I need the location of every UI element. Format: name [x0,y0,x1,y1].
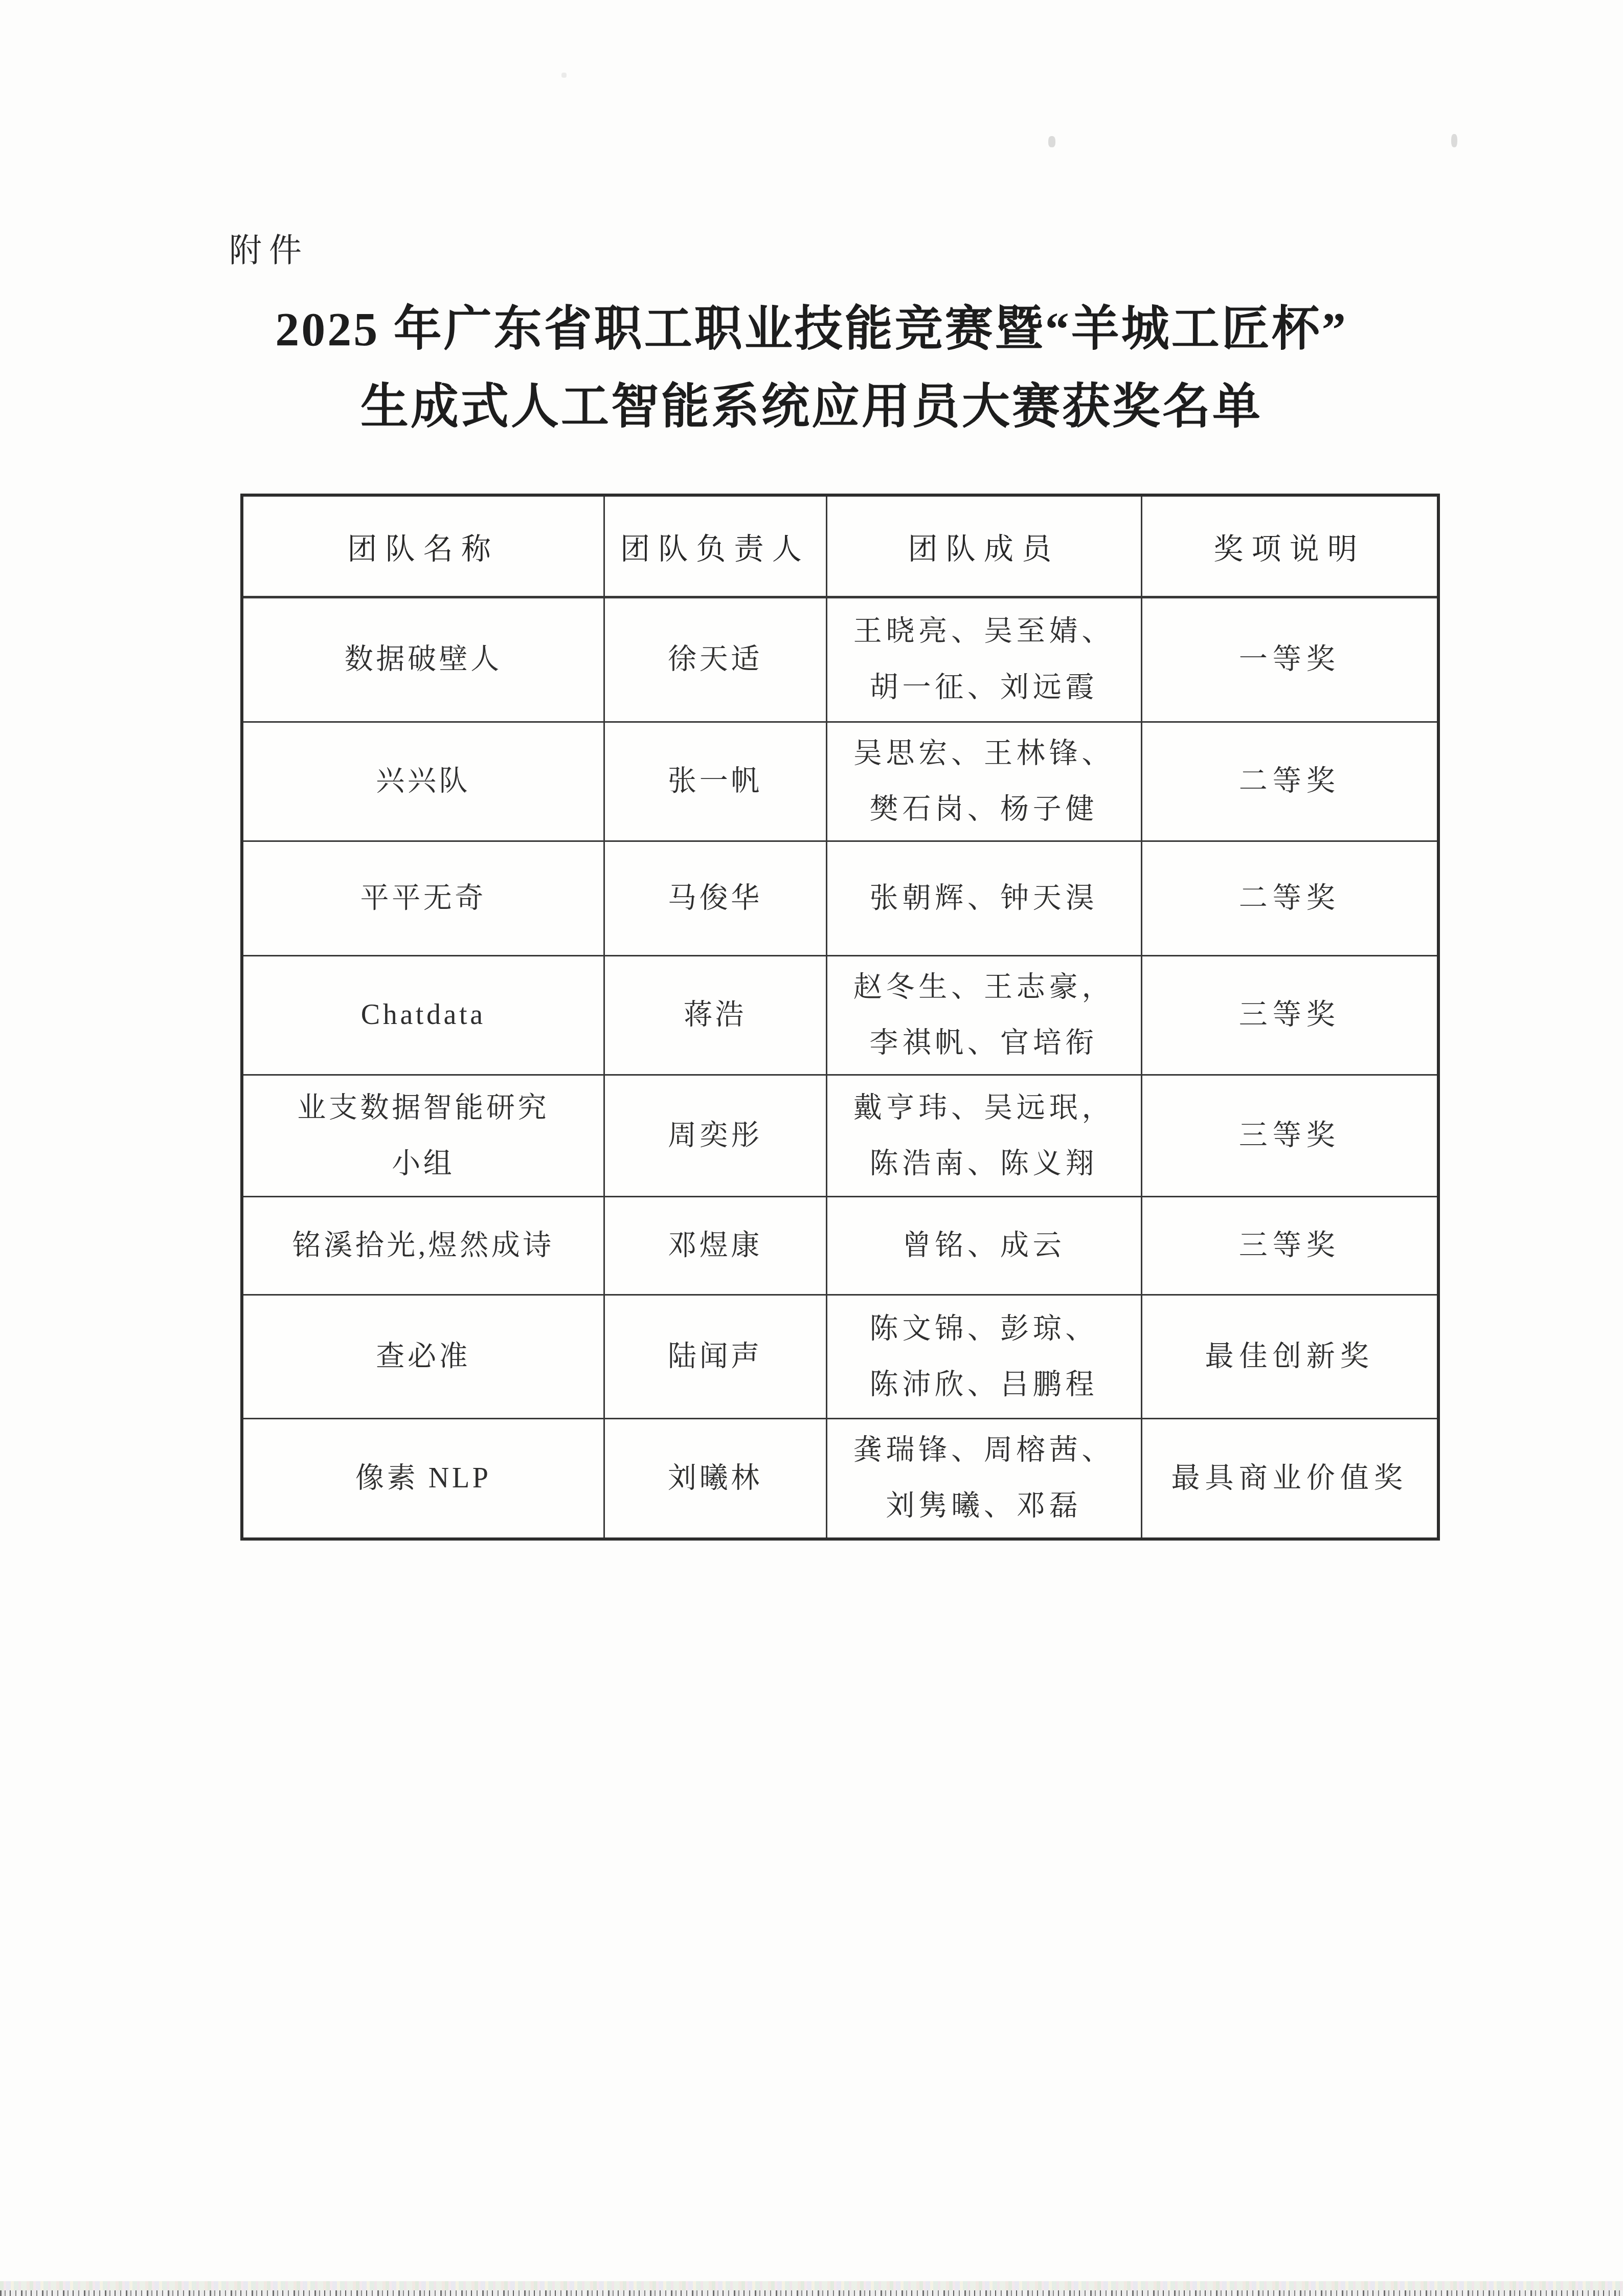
cell-team-name: 查必准 [242,1295,604,1419]
scan-speck [561,73,567,78]
header-cell-team-name: 团队名称 [242,495,604,597]
cell-team-leader: 陆闻声 [604,1295,826,1419]
table-row: 兴兴队 张一帆 吴思宏、王林锋、 樊石岗、杨子健 二等奖 [242,722,1438,841]
table-row: 查必准 陆闻声 陈文锦、彭琼、 陈沛欣、吕鹏程 最佳创新奖 [242,1295,1438,1419]
cell-team-members: 吴思宏、王林锋、 樊石岗、杨子健 [826,722,1141,841]
cell-team-members: 龚瑞锋、周榕茜、 刘隽曦、邓磊 [826,1419,1141,1539]
cell-award: 三等奖 [1141,1075,1438,1197]
cell-team-leader: 蒋浩 [604,955,826,1075]
scan-speck [1048,136,1055,147]
cell-team-members: 张朝辉、钟天淏 [826,841,1141,955]
scan-noise-texture [0,2281,1623,2290]
cell-team-leader: 张一帆 [604,722,826,841]
cell-team-name: 兴兴队 [242,722,604,841]
document-title: 2025 年广东省职工职业技能竞赛暨“羊城工匠杯” 生成式人工智能系统应用员大赛… [0,291,1623,446]
cell-award: 最佳创新奖 [1141,1295,1438,1419]
title-line-2: 生成式人工智能系统应用员大赛获奖名单 [0,368,1623,446]
cell-team-name: Chatdata [242,955,604,1075]
table-row: Chatdata 蒋浩 赵冬生、王志豪， 李祺帆、官培衔 三等奖 [242,955,1438,1075]
table-row: 铭溪拾光,煜然成诗 邓煜康 曾铭、成云 三等奖 [242,1197,1438,1295]
scan-speck [1451,134,1457,147]
cell-award: 一等奖 [1141,597,1438,722]
scan-noise-band [0,2281,1623,2296]
table-row: 数据破壁人 徐天适 王晓亮、吴至婧、 胡一征、刘远霞 一等奖 [242,597,1438,722]
cell-team-name: 平平无奇 [242,841,604,955]
header-cell-team-leader: 团队负责人 [604,495,826,597]
cell-team-name: 像素 NLP [242,1419,604,1539]
scan-noise-edge [0,2290,1623,2296]
cell-team-members: 戴亨玮、吴远珉， 陈浩南、陈义翔 [826,1075,1141,1197]
cell-team-leader: 刘曦林 [604,1419,826,1539]
cell-team-leader: 徐天适 [604,597,826,722]
table-row: 业支数据智能研究 小组 周奕彤 戴亨玮、吴远珉， 陈浩南、陈义翔 三等奖 [242,1075,1438,1197]
document-page: 附件 2025 年广东省职工职业技能竞赛暨“羊城工匠杯” 生成式人工智能系统应用… [0,0,1623,2296]
cell-team-members: 曾铭、成云 [826,1197,1141,1295]
table-row: 平平无奇 马俊华 张朝辉、钟天淏 二等奖 [242,841,1438,955]
cell-team-leader: 邓煜康 [604,1197,826,1295]
cell-award: 三等奖 [1141,1197,1438,1295]
awards-table: 团队名称 团队负责人 团队成员 奖项说明 数据破壁人 徐天适 王晓亮、吴至婧、 … [240,494,1440,1541]
cell-award: 三等奖 [1141,955,1438,1075]
cell-team-name: 铭溪拾光,煜然成诗 [242,1197,604,1295]
cell-team-leader: 马俊华 [604,841,826,955]
cell-team-name: 业支数据智能研究 小组 [242,1075,604,1197]
cell-team-members: 陈文锦、彭琼、 陈沛欣、吕鹏程 [826,1295,1141,1419]
cell-award: 最具商业价值奖 [1141,1419,1438,1539]
table-row: 像素 NLP 刘曦林 龚瑞锋、周榕茜、 刘隽曦、邓磊 最具商业价值奖 [242,1419,1438,1539]
cell-award: 二等奖 [1141,841,1438,955]
table-body: 数据破壁人 徐天适 王晓亮、吴至婧、 胡一征、刘远霞 一等奖 兴兴队 张一帆 吴… [242,597,1438,1539]
attachment-label: 附件 [229,224,309,271]
title-line-1: 2025 年广东省职工职业技能竞赛暨“羊城工匠杯” [0,291,1623,368]
cell-team-name: 数据破壁人 [242,597,604,722]
header-cell-award: 奖项说明 [1141,495,1438,597]
cell-team-leader: 周奕彤 [604,1075,826,1197]
cell-team-members: 王晓亮、吴至婧、 胡一征、刘远霞 [826,597,1141,722]
table-header-row: 团队名称 团队负责人 团队成员 奖项说明 [242,495,1438,597]
cell-award: 二等奖 [1141,722,1438,841]
header-cell-team-members: 团队成员 [826,495,1141,597]
cell-team-members: 赵冬生、王志豪， 李祺帆、官培衔 [826,955,1141,1075]
